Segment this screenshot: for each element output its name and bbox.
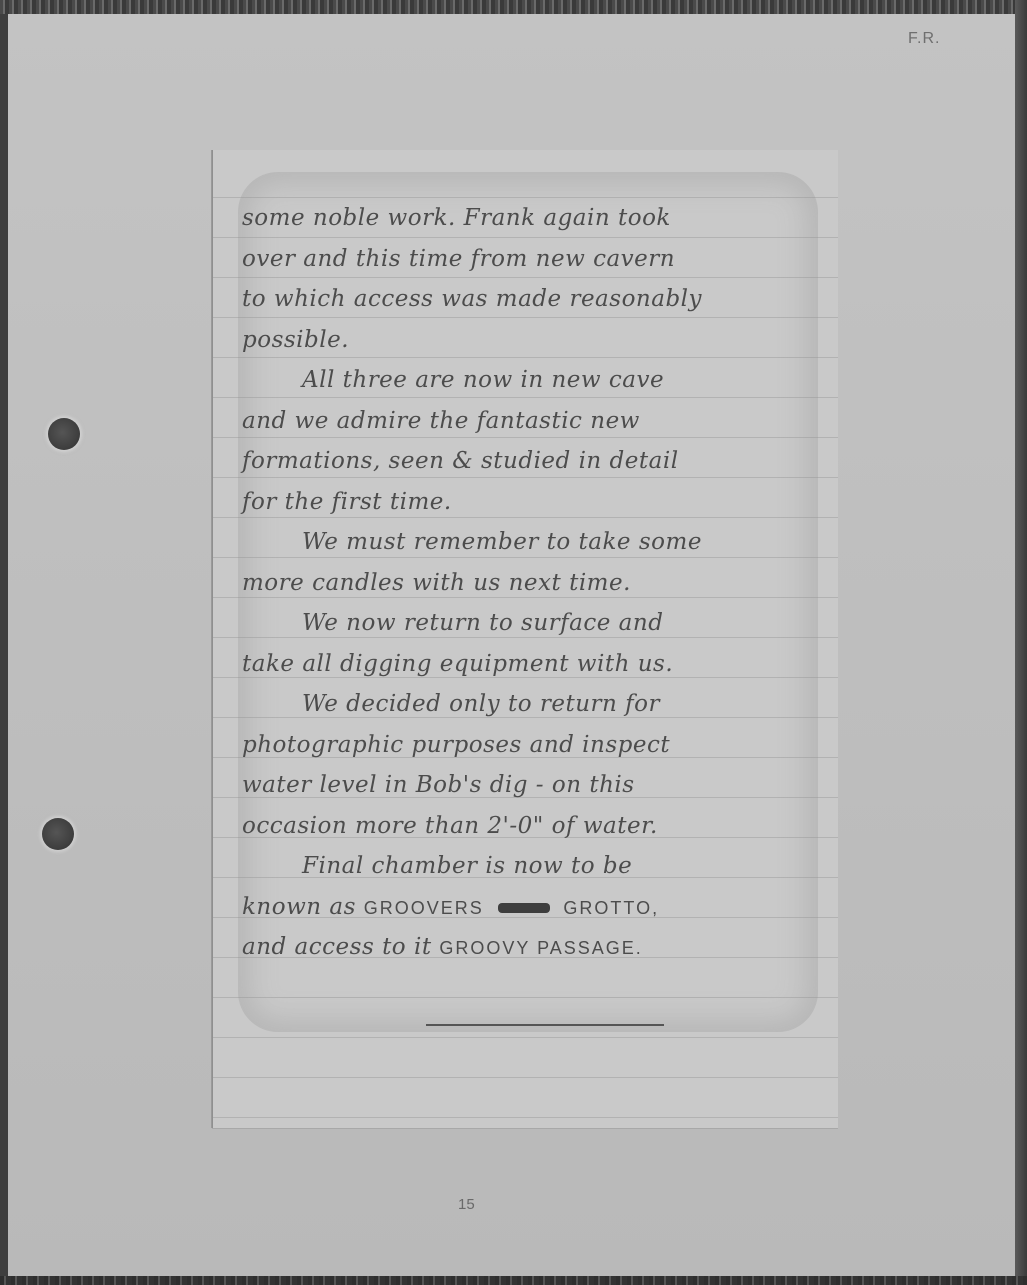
page-number: 15	[458, 1196, 475, 1213]
text-line: formations, seen & studied in detail	[242, 441, 822, 482]
scan-background-top	[0, 0, 1027, 14]
text-line: more candles with us next time.	[242, 563, 822, 604]
scan-background-right	[1015, 0, 1027, 1285]
text-line: We must remember to take some	[242, 522, 822, 563]
text-line: take all digging equipment with us.	[242, 644, 822, 685]
text-line: for the first time.	[242, 482, 822, 523]
text-line: We now return to surface and	[242, 603, 822, 644]
text-line-groovy-passage: and access to it GROOVY PASSAGE.	[242, 927, 822, 968]
text-line: some noble work. Frank again took	[242, 198, 822, 239]
margin-line	[212, 150, 213, 1128]
text-line: water level in Bob's dig - on this	[242, 765, 822, 806]
author-initials: F.R.	[908, 30, 940, 48]
text-line: to which access was made reasonably	[242, 279, 822, 320]
text-line: We decided only to return for	[242, 684, 822, 725]
text-line: All three are now in new cave	[242, 360, 822, 401]
text-line: occasion more than 2'-0" of water.	[242, 806, 822, 847]
handwritten-text: some noble work. Frank again took over a…	[242, 198, 822, 968]
text-line: possible.	[242, 320, 822, 361]
end-of-entry-rule	[426, 1024, 664, 1026]
passage-name: GROOVY PASSAGE.	[439, 938, 642, 958]
punch-hole-lower	[42, 818, 74, 850]
cave-name-groovers: GROOVERS	[364, 898, 484, 918]
text-line: over and this time from new cavern	[242, 239, 822, 280]
text-fragment: and access to it	[242, 934, 432, 960]
text-fragment: known as	[242, 894, 356, 920]
text-line: Final chamber is now to be	[242, 846, 822, 887]
text-line-groovers-grotto: known as GROOVERS GROTTO,	[242, 887, 822, 928]
crossed-out-word	[498, 903, 550, 913]
punch-hole-upper	[48, 418, 80, 450]
ruled-notebook-page: some noble work. Frank again took over a…	[212, 150, 838, 1128]
text-line: and we admire the fantastic new	[242, 401, 822, 442]
cave-name-grotto: GROTTO,	[563, 898, 659, 918]
text-line: photographic purposes and inspect	[242, 725, 822, 766]
scan-background-bottom	[0, 1276, 1027, 1285]
